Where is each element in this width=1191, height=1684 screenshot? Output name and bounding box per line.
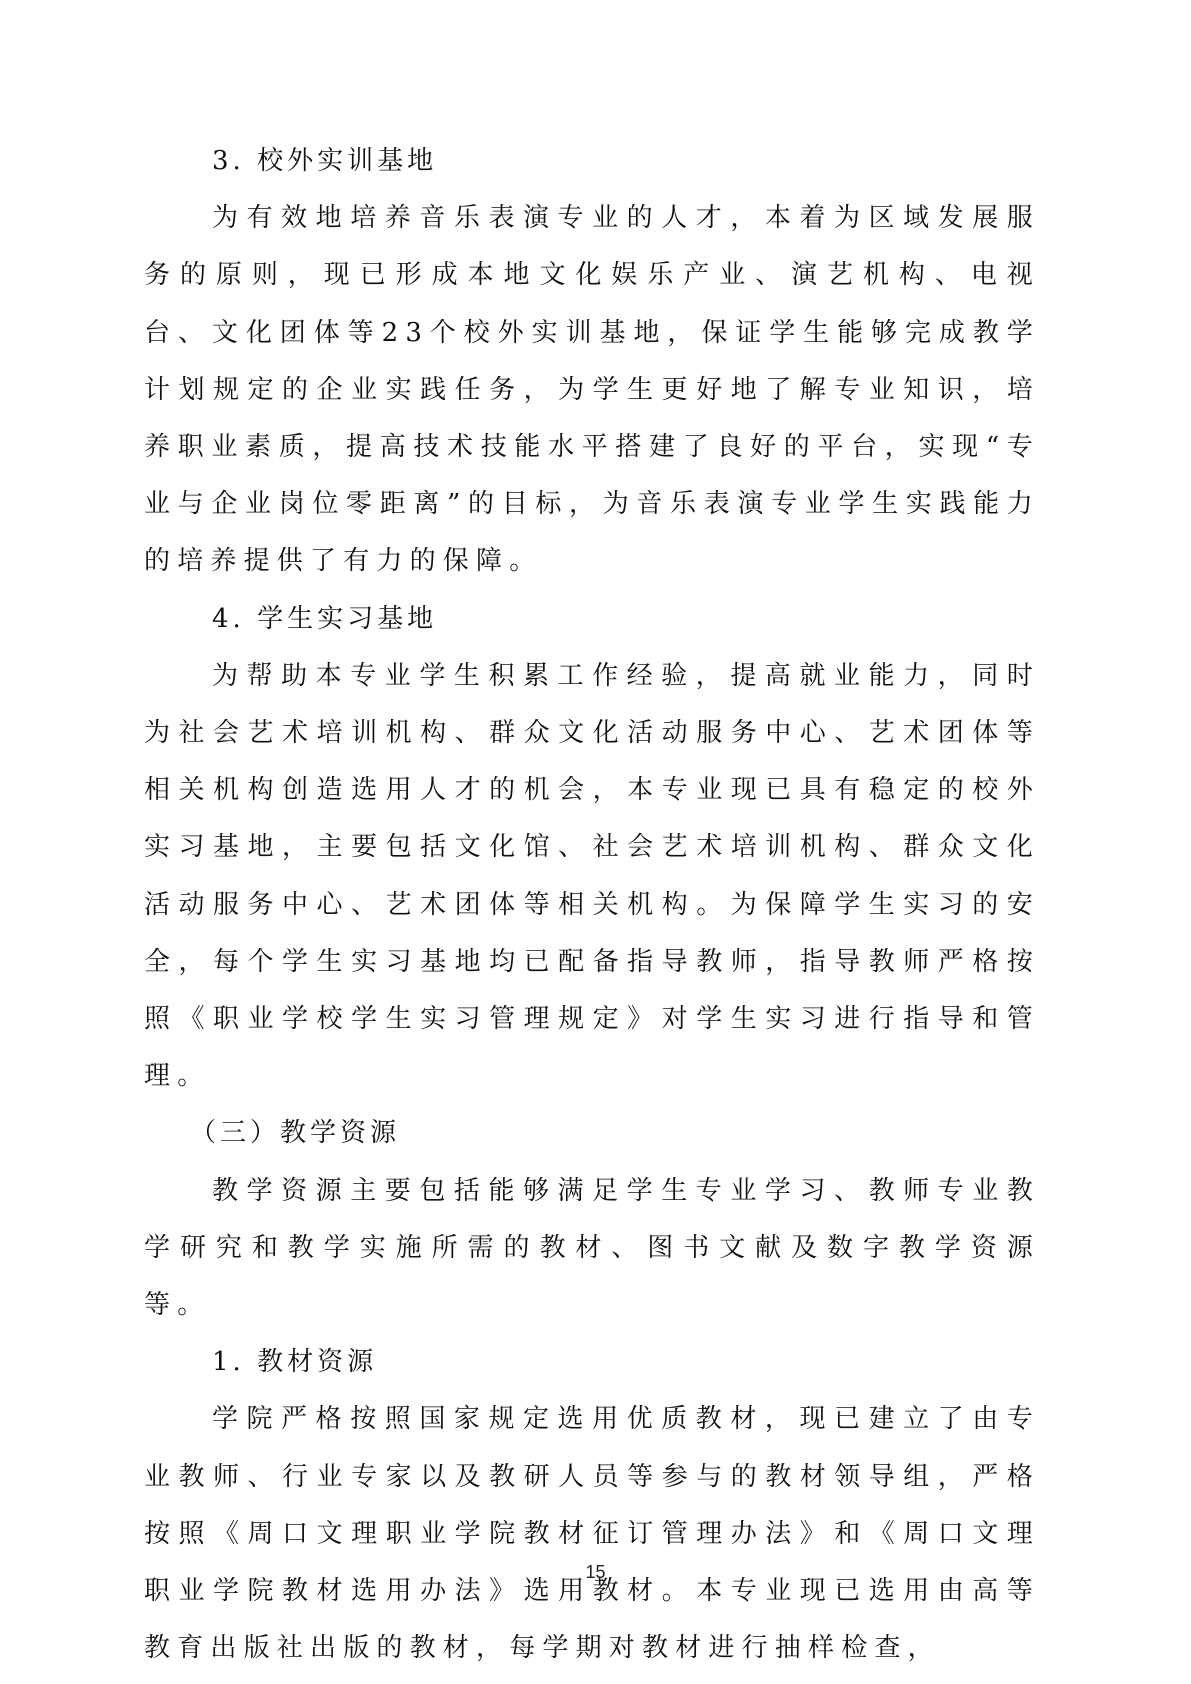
page-number: 15 <box>0 1562 1191 1583</box>
section-heading-student-internship-base: 4. 学生实习基地 <box>144 591 1040 648</box>
section-heading-offcampus-training-base: 3. 校外实训基地 <box>144 133 1040 190</box>
paragraph-teaching-resources: 教学资源主要包括能够满足学生专业学习、教师专业教学研究和教学实施所需的教材、图书… <box>144 1163 1040 1335</box>
document-page-body: 3. 校外实训基地 为有效地培养音乐表演专业的人才，本着为区域发展服务的原则，现… <box>144 133 1040 1677</box>
paragraph-textbook-resources: 学院严格按照国家规定选用优质教材，现已建立了由专业教师、行业专家以及教研人员等参… <box>144 1391 1040 1677</box>
section-heading-teaching-resources: （三）教学资源 <box>144 1105 1040 1162</box>
paragraph-offcampus-training-base: 为有效地培养音乐表演专业的人才，本着为区域发展服务的原则，现已形成本地文化娱乐产… <box>144 190 1040 590</box>
paragraph-student-internship-base: 为帮助本专业学生积累工作经验，提高就业能力，同时为社会艺术培训机构、群众文化活动… <box>144 648 1040 1106</box>
section-heading-textbook-resources: 1. 教材资源 <box>144 1334 1040 1391</box>
